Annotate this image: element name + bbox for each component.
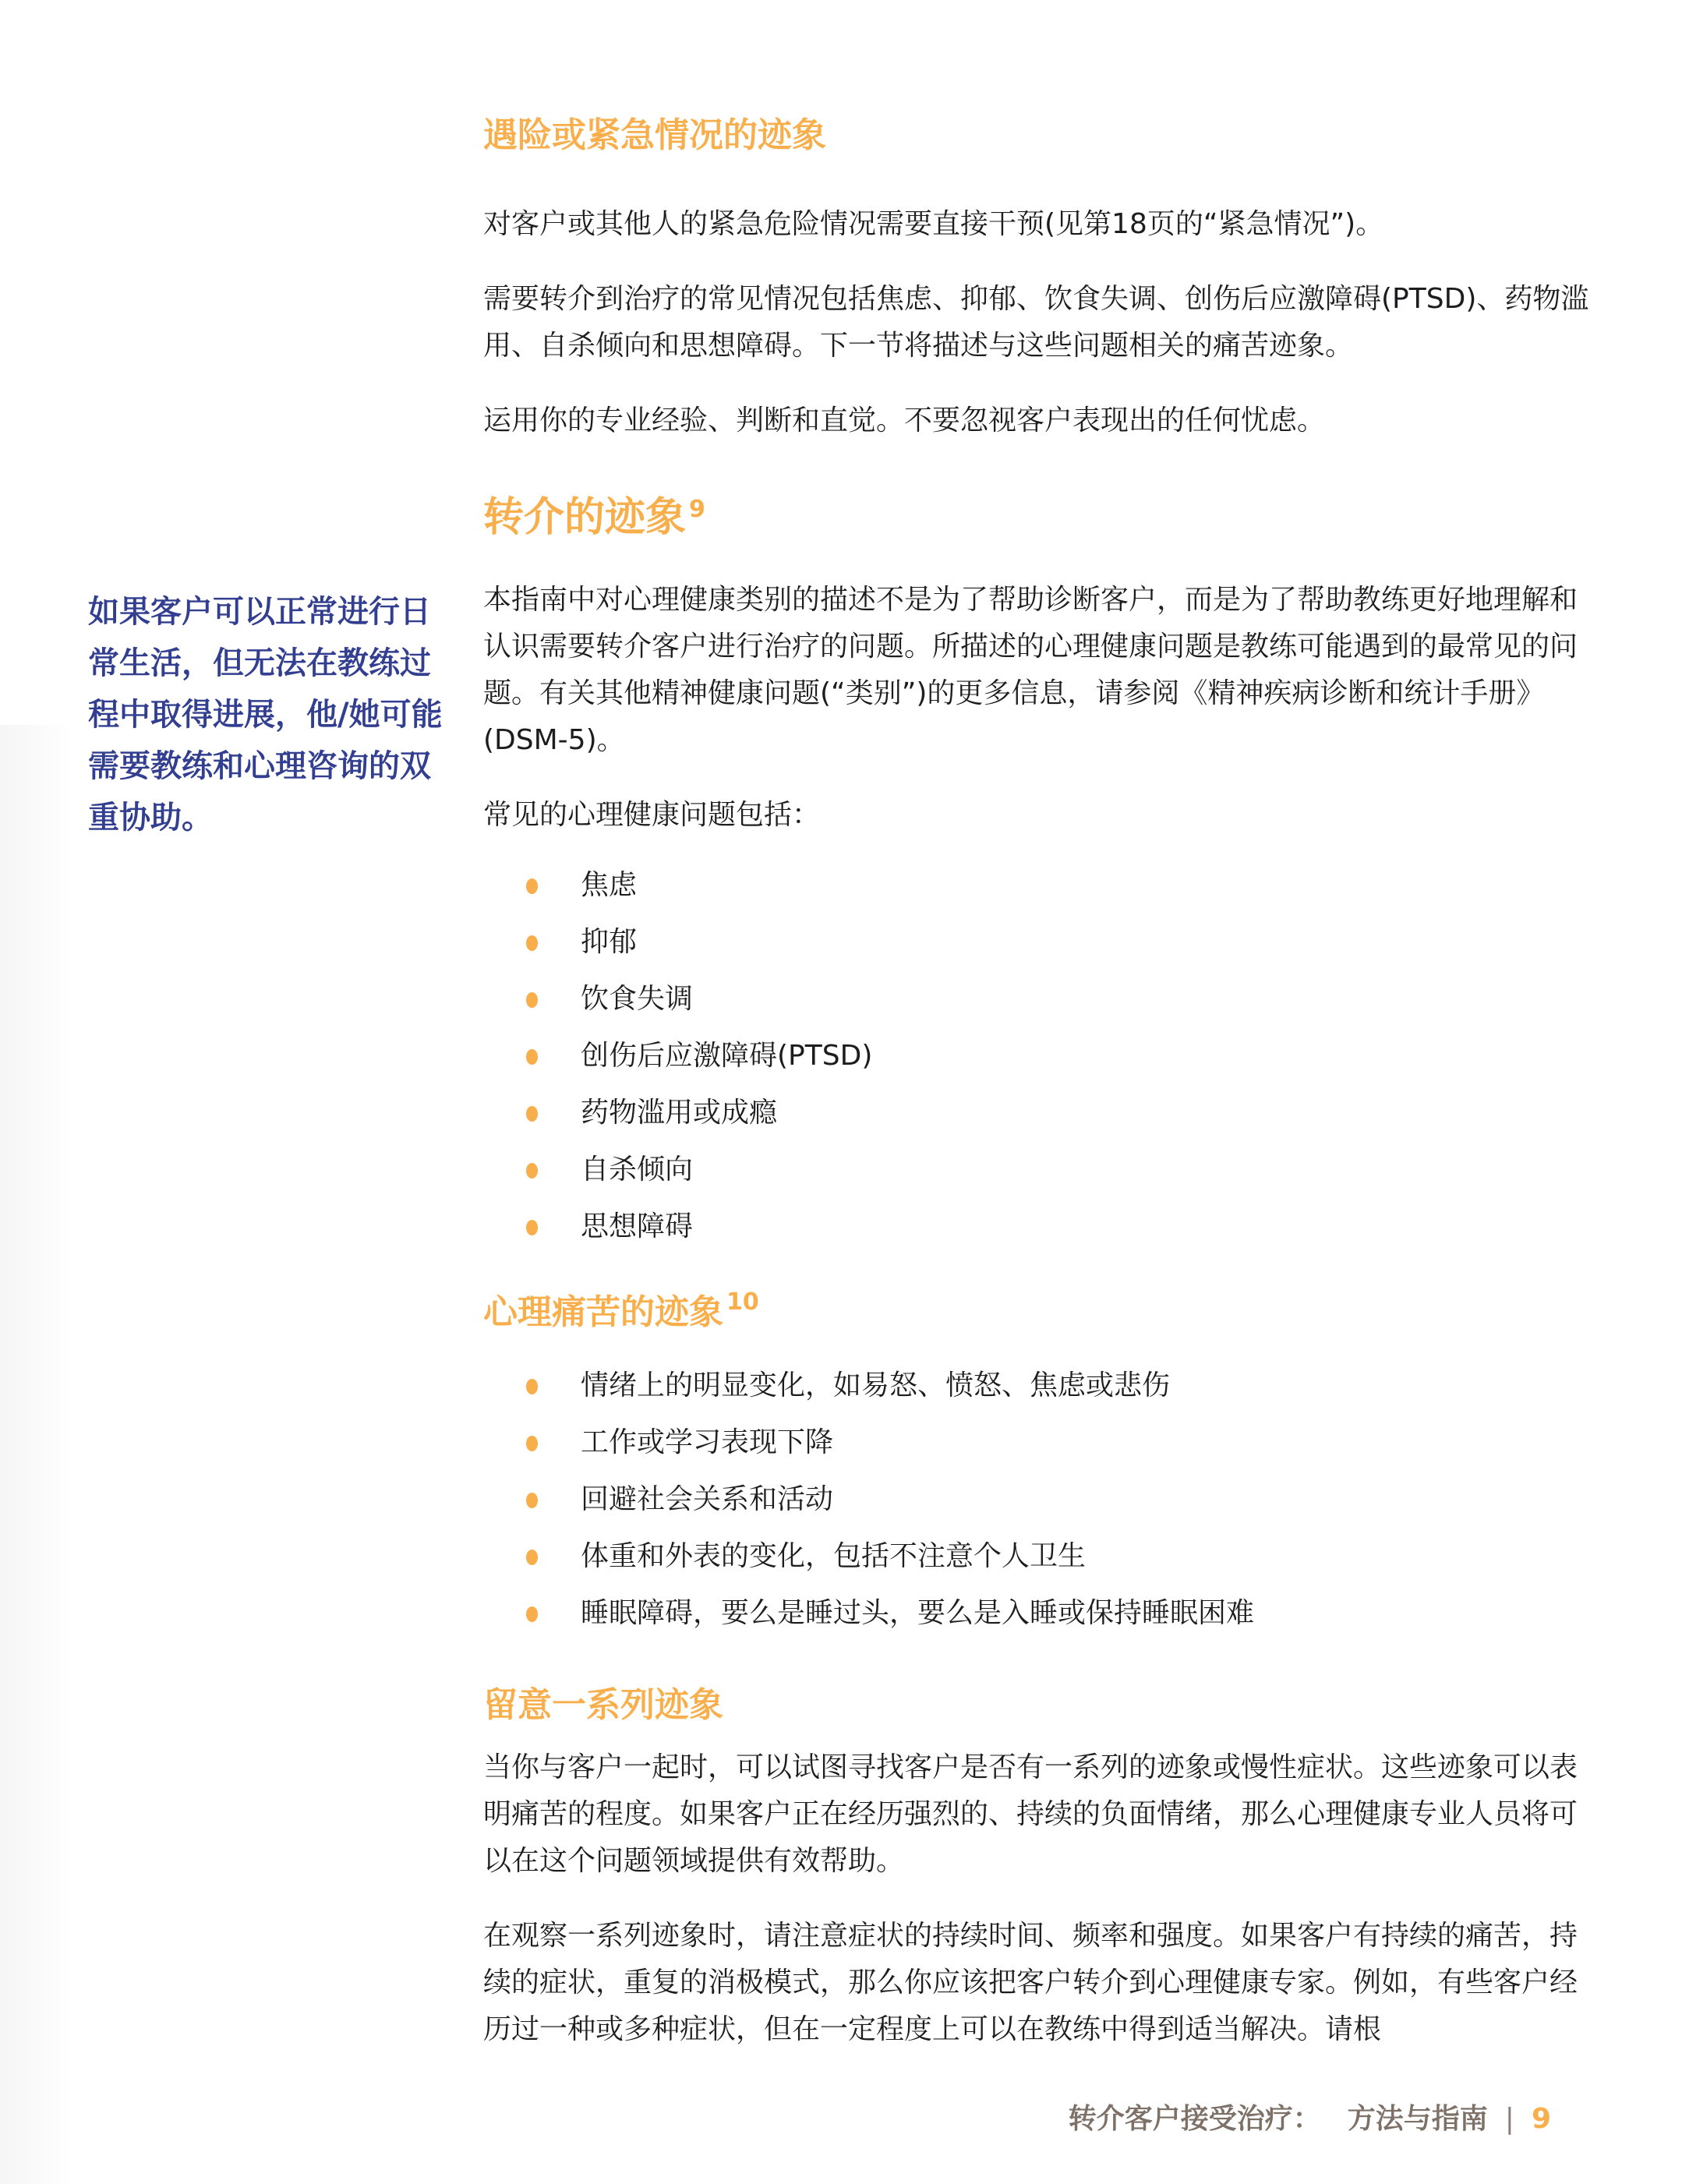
list-item-label: 饮食失调 — [581, 983, 693, 1015]
list-item-label: 焦虑 — [581, 869, 637, 901]
bullet-dot-icon — [526, 1606, 538, 1622]
page-number: 9 — [1532, 2103, 1551, 2135]
list-item: 睡眠障碍，要么是睡过头，要么是入睡或保持睡眠困难 — [526, 1590, 1594, 1637]
list-item: 思想障碍 — [526, 1203, 1594, 1250]
bullet-dot-icon — [526, 1220, 538, 1235]
bullet-dot-icon — [526, 878, 538, 894]
document-page: 如果客户可以正常进行日常生活，但无法在教练过程中取得进展，他/她可能需要教练和心… — [0, 0, 1682, 2184]
list-item-label: 工作或学习表现下降 — [581, 1426, 833, 1458]
footnote-ref-9: 9 — [689, 496, 705, 523]
list-item: 药物滥用或成瘾 — [526, 1090, 1594, 1136]
paragraph-emergency-1: 对客户或其他人的紧急危险情况需要直接干预(见第18页的“紧急情况”)。 — [483, 201, 1594, 248]
heading-series: 留意一系列迹象 — [483, 1687, 1594, 1724]
paragraph-series-1: 当你与客户一起时，可以试图寻找客户是否有一系列的迹象或慢性症状。这些迹象可以表明… — [483, 1744, 1594, 1885]
footnote-ref-10: 10 — [726, 1288, 759, 1316]
list-item-label: 抑郁 — [581, 926, 637, 958]
bullet-dot-icon — [526, 1379, 538, 1394]
list-item: 工作或学习表现下降 — [526, 1419, 1594, 1466]
paragraph-list-intro: 常见的心理健康问题包括： — [483, 792, 1594, 839]
list-item: 抑郁 — [526, 919, 1594, 966]
bullet-dot-icon — [526, 1163, 538, 1179]
paragraph-emergency-2: 需要转介到治疗的常见情况包括焦虑、抑郁、饮食失调、创伤后应激障碍(PTSD)、药… — [483, 276, 1594, 369]
paragraph-series-2: 在观察一系列迹象时，请注意症状的持续时间、频率和强度。如果客户有持续的痛苦，持续… — [483, 1913, 1594, 2053]
list-item: 焦虑 — [526, 862, 1594, 909]
list-item: 体重和外表的变化，包括不注意个人卫生 — [526, 1533, 1594, 1580]
sidebar-callout: 如果客户可以正常进行日常生活，但无法在教练过程中取得进展，他/她可能需要教练和心… — [88, 586, 451, 843]
bullet-dot-icon — [526, 1049, 538, 1065]
heading-emergency: 遇险或紧急情况的迹象 — [483, 117, 1594, 154]
heading-referral: 转介的迹象9 — [483, 494, 1594, 541]
common-issues-list: 焦虑 抑郁 饮食失调 创伤后应激障碍(PTSD) 药物滥用或成瘾 自杀倾向 — [483, 862, 1594, 1250]
bullet-dot-icon — [526, 992, 538, 1008]
list-item-label: 回避社会关系和活动 — [581, 1483, 833, 1515]
bullet-dot-icon — [526, 1550, 538, 1565]
heading-referral-text: 转介的迹象 — [483, 494, 686, 541]
heading-emergency-text: 遇险或紧急情况的迹象 — [483, 115, 826, 155]
list-item: 回避社会关系和活动 — [526, 1476, 1594, 1523]
page-footer: 转介客户接受治疗：方法与指南|9 — [1069, 2099, 1551, 2140]
heading-distress: 心理痛苦的迹象10 — [483, 1294, 1594, 1331]
footer-doc-subtitle: 方法与指南 — [1348, 2103, 1488, 2135]
paragraph-emergency-3: 运用你的专业经验、判断和直觉。不要忽视客户表现出的任何忧虑。 — [483, 398, 1594, 444]
list-item: 自杀倾向 — [526, 1147, 1594, 1193]
footer-separator: | — [1505, 2103, 1514, 2135]
bullet-dot-icon — [526, 1436, 538, 1451]
bullet-dot-icon — [526, 1106, 538, 1122]
main-content-column: 遇险或紧急情况的迹象 对客户或其他人的紧急危险情况需要直接干预(见第18页的“紧… — [483, 117, 1594, 2081]
list-item-label: 情绪上的明显变化，如易怒、愤怒、焦虑或悲伤 — [581, 1369, 1170, 1401]
bullet-dot-icon — [526, 935, 538, 951]
bullet-dot-icon — [526, 1493, 538, 1508]
list-item-label: 体重和外表的变化，包括不注意个人卫生 — [581, 1540, 1086, 1572]
list-item: 创伤后应激障碍(PTSD) — [526, 1033, 1594, 1080]
list-item-label: 睡眠障碍，要么是睡过头，要么是入睡或保持睡眠困难 — [581, 1597, 1254, 1629]
footer-doc-title: 转介客户接受治疗： — [1069, 2103, 1321, 2135]
page-edge-shadow — [0, 725, 74, 2184]
list-item-label: 自杀倾向 — [581, 1154, 693, 1186]
list-item: 饮食失调 — [526, 976, 1594, 1023]
heading-distress-text: 心理痛苦的迹象 — [483, 1292, 723, 1332]
paragraph-referral-intro: 本指南中对心理健康类别的描述不是为了帮助诊断客户，而是为了帮助教练更好地理解和认… — [483, 577, 1594, 764]
heading-series-text: 留意一系列迹象 — [483, 1685, 723, 1725]
list-item-label: 创伤后应激障碍(PTSD) — [581, 1040, 872, 1072]
list-item-label: 药物滥用或成瘾 — [581, 1097, 777, 1129]
distress-signs-list: 情绪上的明显变化，如易怒、愤怒、焦虑或悲伤 工作或学习表现下降 回避社会关系和活… — [483, 1362, 1594, 1637]
list-item: 情绪上的明显变化，如易怒、愤怒、焦虑或悲伤 — [526, 1362, 1594, 1409]
list-item-label: 思想障碍 — [581, 1210, 693, 1242]
